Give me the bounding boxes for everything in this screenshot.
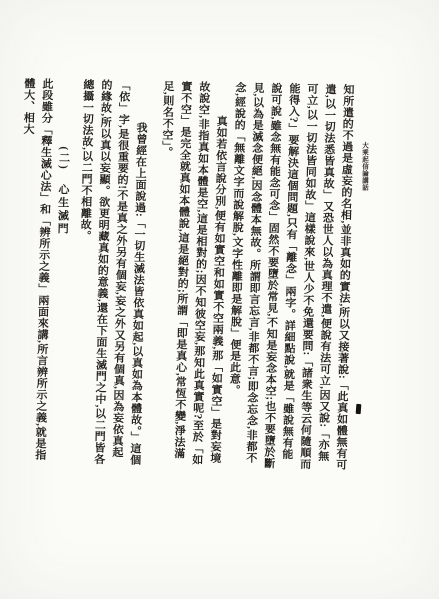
paragraph-two-emptiness-meanings: 真如若依言說分別,便有如實空和如實不空兩義,那「如實空」是對妄境故說空,非指真如… xyxy=(152,80,231,469)
ink-spot-mark xyxy=(356,404,362,414)
paragraph-discarding-names: 知所遣的不過是虛妄的名相,並非真如的實法,所以又接著說:「此真如體無有可遣,以一… xyxy=(224,82,357,472)
book-page: 大乘起信論講話 知所遣的不過是虛妄的名相,並非真如的實法,所以又接著說:「此真如… xyxy=(0,0,439,599)
paragraph-depend-on-suchness: 我曾經在上面說過:「一切生滅法皆依真如起,以真如為本體故。」這個「依」字,是很重… xyxy=(72,79,151,468)
margin-book-title: 大乘起信論講話 xyxy=(360,142,369,191)
page-text-block: 知所遣的不過是虛妄的名相,並非真如的實法,所以又接著說:「此真如體無有可遣,以一… xyxy=(13,78,357,472)
paragraph-section-intro: 此段雖分「釋生滅心法」和「辨所示之義」兩面來講,所言辨所示之義,就是指體大、相大 xyxy=(13,78,56,467)
